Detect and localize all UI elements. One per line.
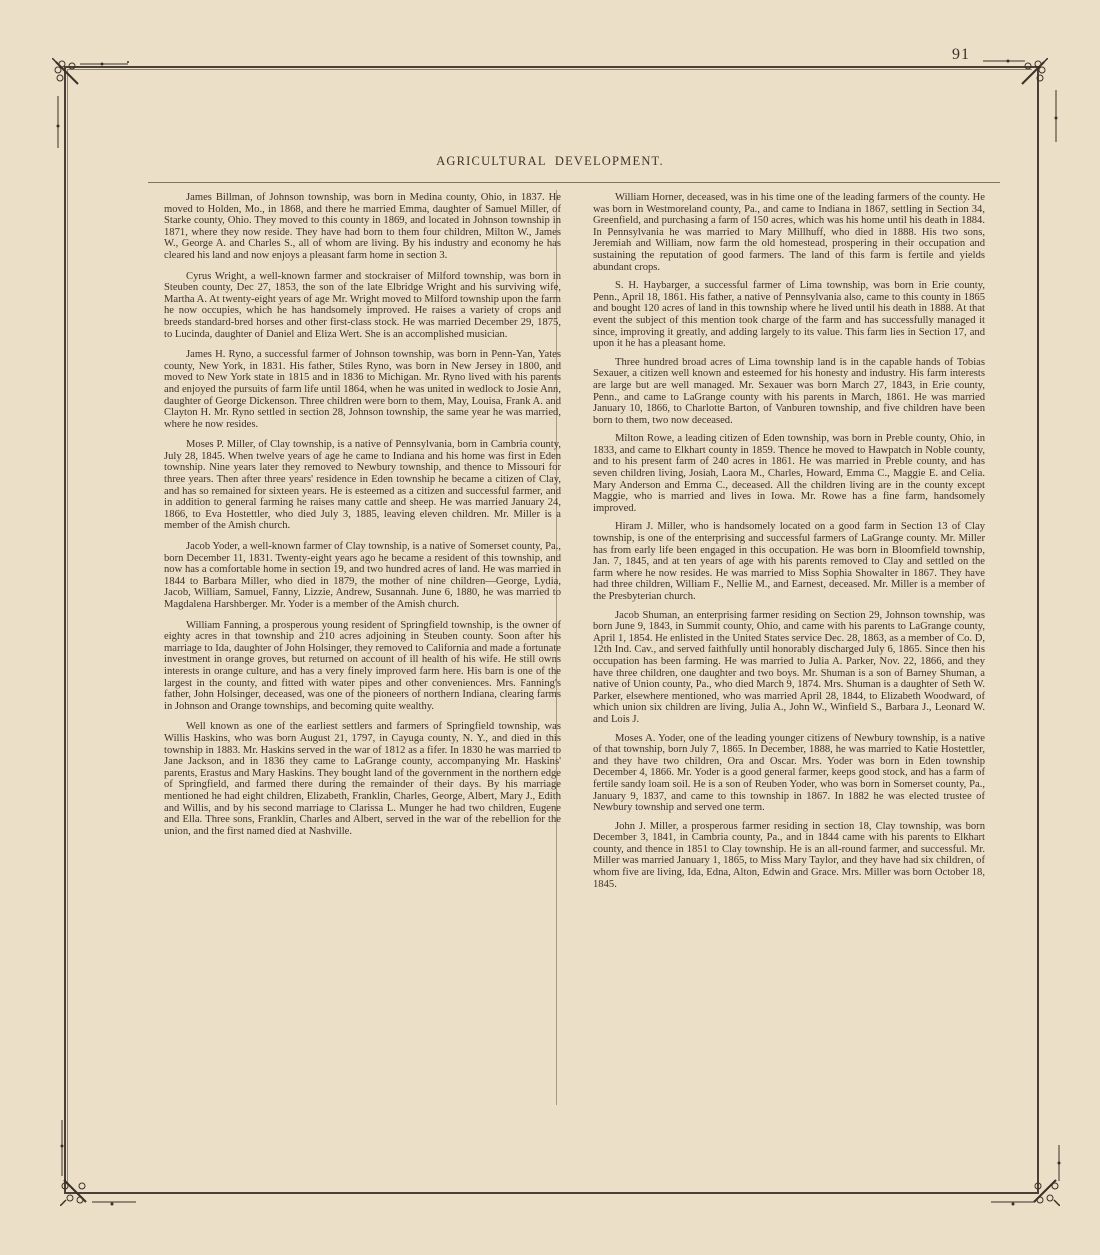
left-column: James Billman, of Johnson township, was … bbox=[164, 192, 561, 846]
biography-s-h-haybarger: S. H. Haybarger, a successful farmer of … bbox=[593, 280, 985, 350]
biography-james-h-ryno: James H. Ryno, a successful farmer of Jo… bbox=[164, 349, 561, 430]
biography-jacob-yoder: Jacob Yoder, a well-known farmer of Clay… bbox=[164, 541, 561, 611]
biography-james-billman: James Billman, of Johnson township, was … bbox=[164, 192, 561, 262]
biography-tobias-sexauer: Three hundred broad acres of Lima townsh… bbox=[593, 357, 985, 427]
flourish-bottom-left-icon bbox=[92, 1200, 142, 1208]
flourish-left-top-icon bbox=[54, 96, 62, 156]
flourish-top-left-icon bbox=[80, 60, 140, 68]
flourish-right-bottom-icon bbox=[1055, 1145, 1063, 1185]
right-column: William Horner, deceased, was in his tim… bbox=[593, 192, 985, 897]
biography-cyrus-wright: Cyrus Wright, a well-known farmer and st… bbox=[164, 271, 561, 341]
biography-william-horner: William Horner, deceased, was in his tim… bbox=[593, 192, 985, 273]
biography-moses-p-miller: Moses P. Miller, of Clay township, is a … bbox=[164, 439, 561, 532]
biography-willis-haskins: Well known as one of the earliest settle… bbox=[164, 721, 561, 837]
page-number: 91 bbox=[952, 46, 970, 64]
flourish-page-number-icon bbox=[983, 56, 1025, 64]
biography-hiram-j-miller: Hiram J. Miller, who is handsomely locat… bbox=[593, 521, 985, 602]
corner-ornament-top-left-icon bbox=[52, 58, 82, 88]
flourish-left-bottom-icon bbox=[58, 1120, 66, 1180]
biography-moses-a-yoder: Moses A. Yoder, one of the leading young… bbox=[593, 733, 985, 814]
flourish-bottom-right-icon bbox=[985, 1200, 1035, 1208]
biography-jacob-shuman: Jacob Shuman, an enterprising farmer res… bbox=[593, 610, 985, 726]
biography-william-fanning: William Fanning, a prosperous young resi… bbox=[164, 620, 561, 713]
title-rule bbox=[148, 182, 1000, 183]
biography-milton-rowe: Milton Rowe, a leading citizen of Eden t… bbox=[593, 433, 985, 514]
corner-ornament-bottom-left-icon bbox=[60, 1176, 90, 1206]
flourish-right-top-icon bbox=[1052, 90, 1060, 150]
biography-john-j-miller: John J. Miller, a prosperous farmer resi… bbox=[593, 821, 985, 891]
page-title: AGRICULTURAL DEVELOPMENT. bbox=[0, 154, 1100, 169]
